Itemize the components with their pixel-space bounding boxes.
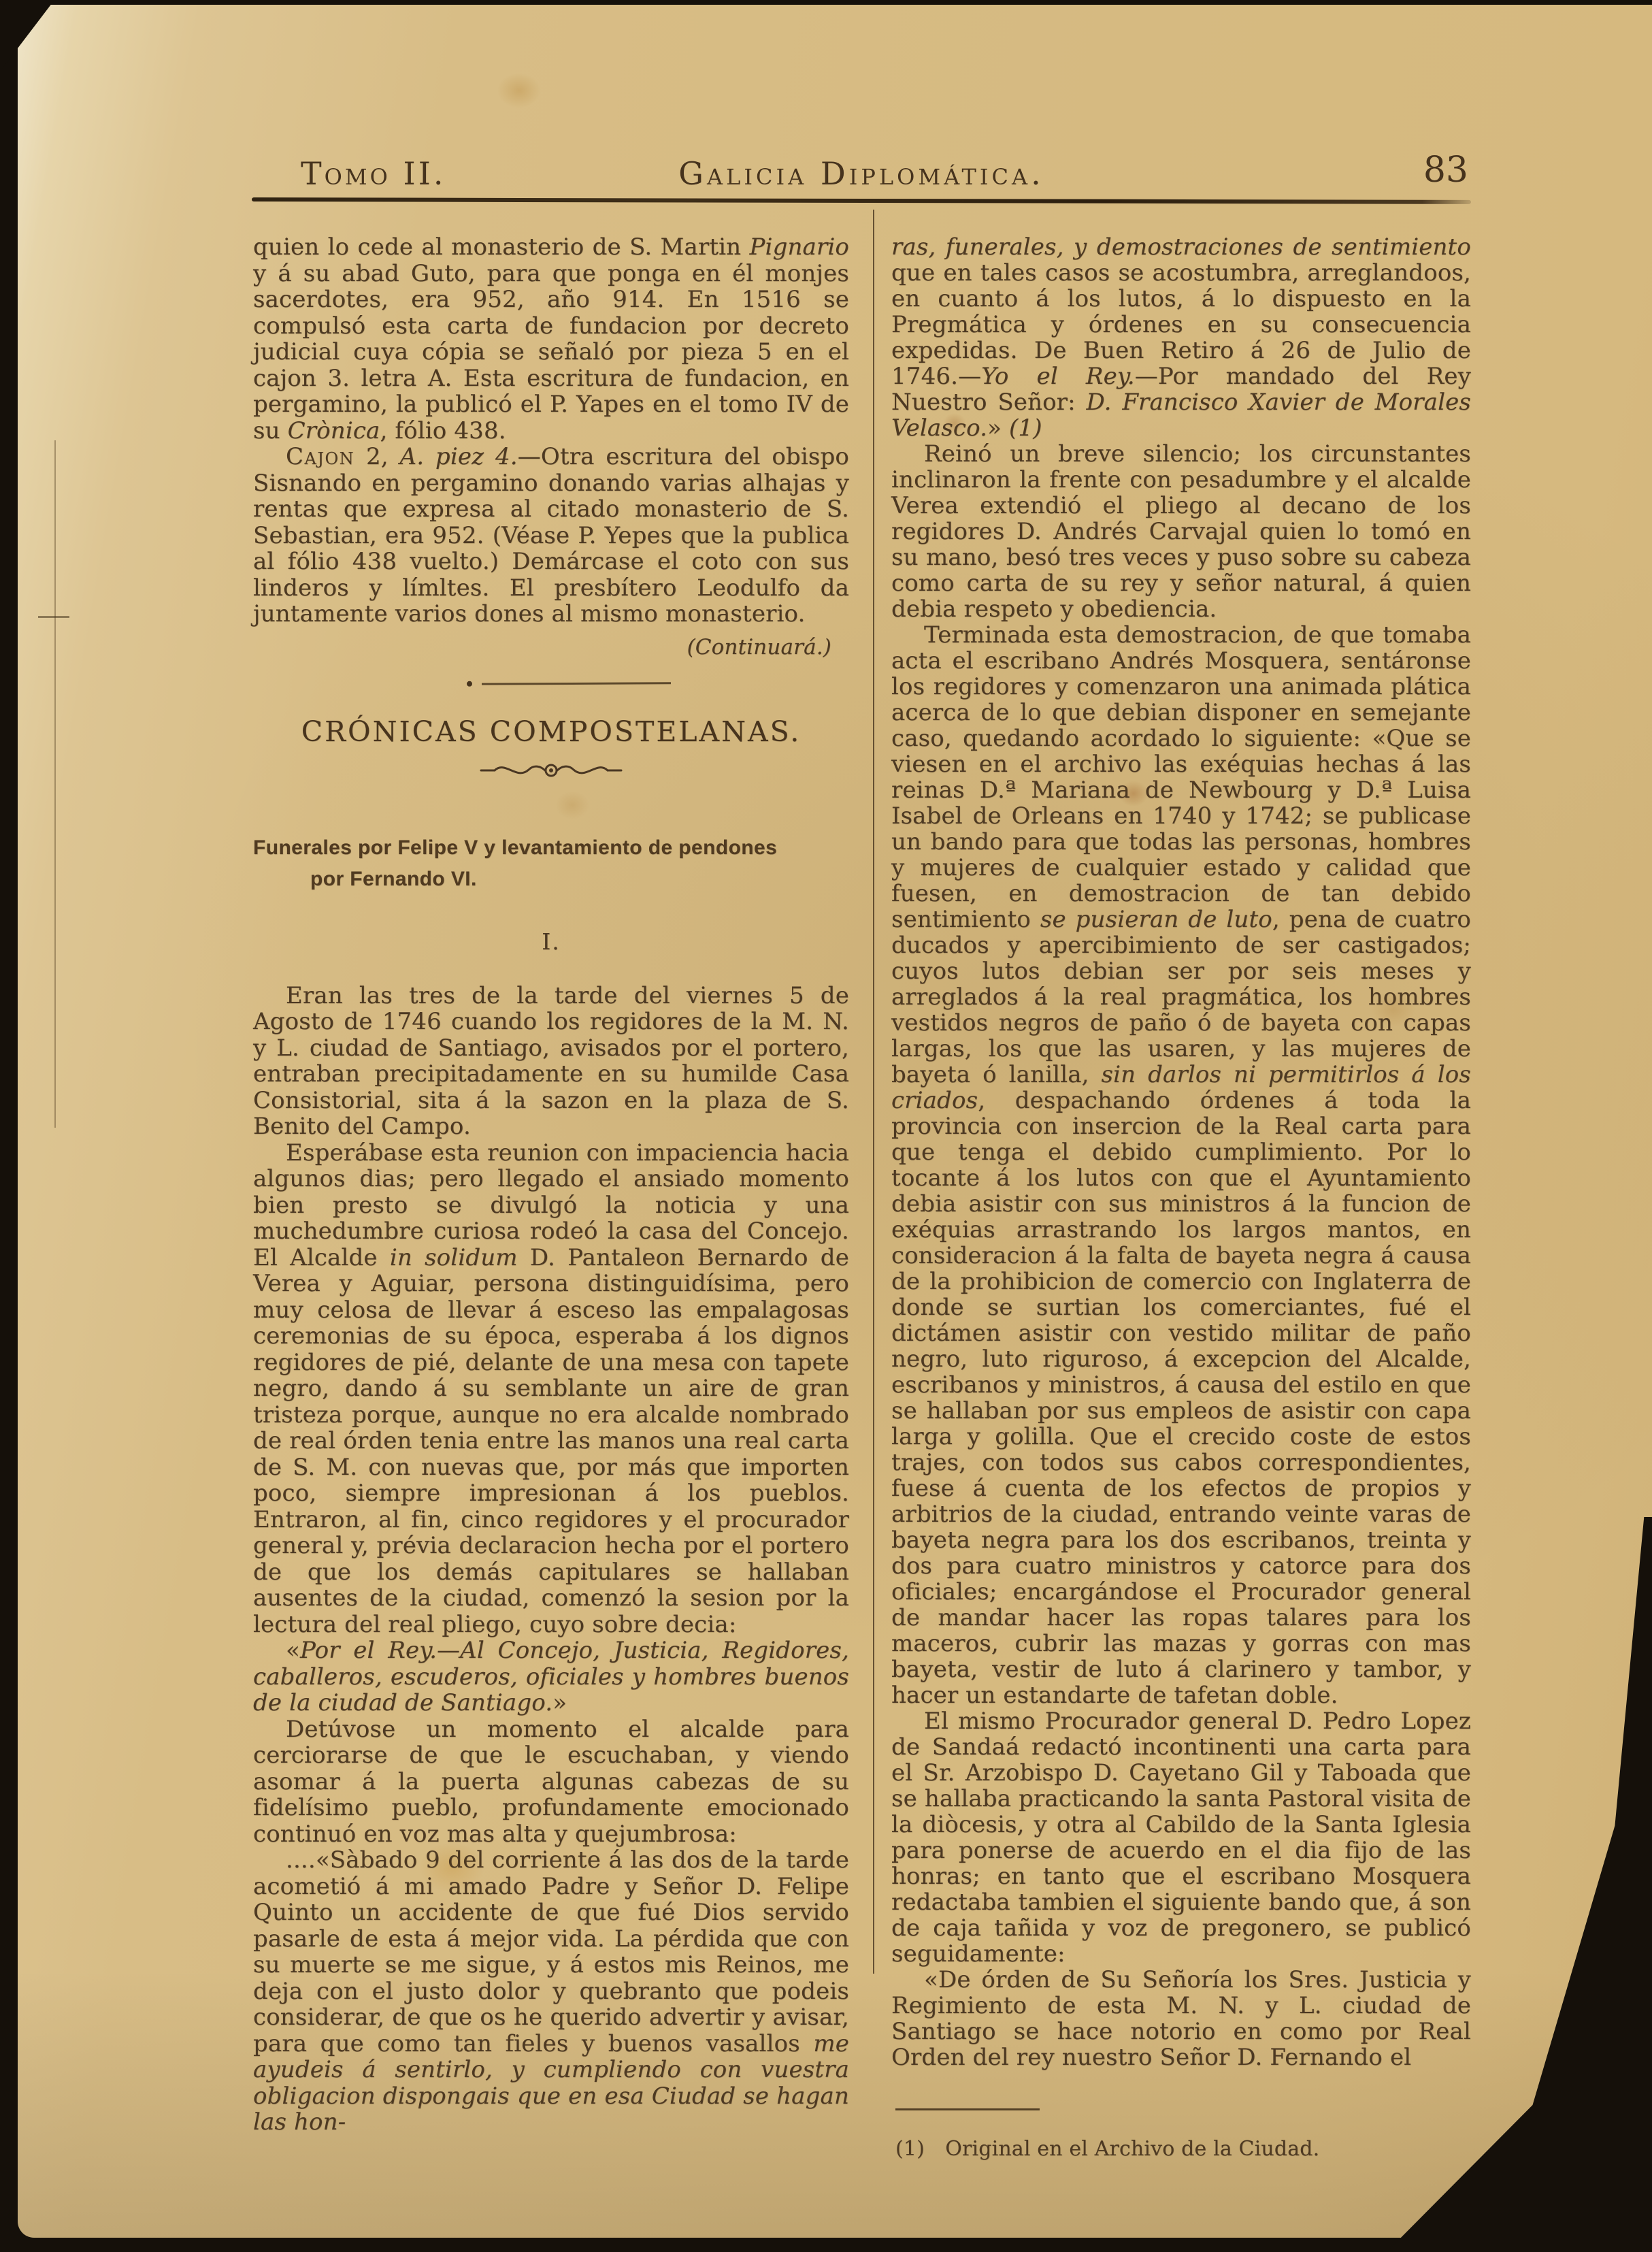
paragraph: ras, funerales, y demostraciones de sent… [891, 234, 1471, 441]
right-column: ras, funerales, y demostraciones de sent… [891, 234, 1471, 2162]
paragraph: ....«Sàbado 9 del corriente á las dos de… [253, 1847, 849, 2136]
paragraph: Esperábase esta reunion con impaciencia … [253, 1140, 849, 1638]
binding-crease-tick [38, 616, 69, 618]
continuation-note: (Continuará.) [253, 634, 831, 661]
paragraph: Reinó un breve silencio; los circunstant… [891, 441, 1471, 622]
article-title-line2: por Fernando VI. [253, 864, 849, 895]
footnote-rule [895, 2108, 1040, 2110]
divider-rule-line [482, 682, 671, 685]
page-number: 83 [1423, 150, 1468, 191]
section-divider [467, 680, 671, 687]
paragraph: quien lo cede al monasterio de S. Martin… [253, 234, 849, 444]
article-title: Funerales por Felipe V y levantamiento d… [253, 832, 849, 895]
paragraph: Eran las tres de la tarde del viernes 5 … [253, 983, 849, 1140]
paragraph: El mismo Procurador general D. Pedro Lop… [891, 1708, 1471, 1967]
paragraph: Terminada esta demostracion, de que toma… [891, 622, 1471, 1708]
paragraph: Cajon 2, A. piez 4.—Otra escritura del o… [253, 444, 849, 627]
column-divider-rule [873, 210, 874, 1974]
left-column: quien lo cede al monasterio de S. Martin… [253, 234, 849, 2136]
footnote: (1) Original en el Archivo de la Ciudad. [891, 2136, 1471, 2162]
journal-title: Galicia Diplomática. [252, 155, 1471, 192]
chapter-numeral: I. [253, 929, 849, 956]
binding-crease [54, 440, 56, 1128]
ornament-flourish-icon [480, 757, 623, 789]
paragraph: «Por el Rey.—Al Concejo, Justicia, Regid… [253, 1637, 849, 1716]
paper-stain [497, 73, 541, 108]
scanned-page-photo: { "header": { "volume": "Tomo II.", "jou… [0, 0, 1652, 2252]
paragraph: Detúvose un momento el alcalde para cerc… [253, 1716, 849, 1848]
divider-dot-icon [467, 681, 472, 687]
section-title: CRÓNICAS COMPOSTELANAS. [253, 719, 849, 745]
spacer [253, 956, 849, 983]
page-header: Tomo II. Galicia Diplomática. 83 [252, 150, 1471, 199]
paragraph: «De órden de Su Señoría los Sres. Justic… [891, 1967, 1471, 2070]
article-title-line1: Funerales por Felipe V y levantamiento d… [253, 836, 777, 859]
